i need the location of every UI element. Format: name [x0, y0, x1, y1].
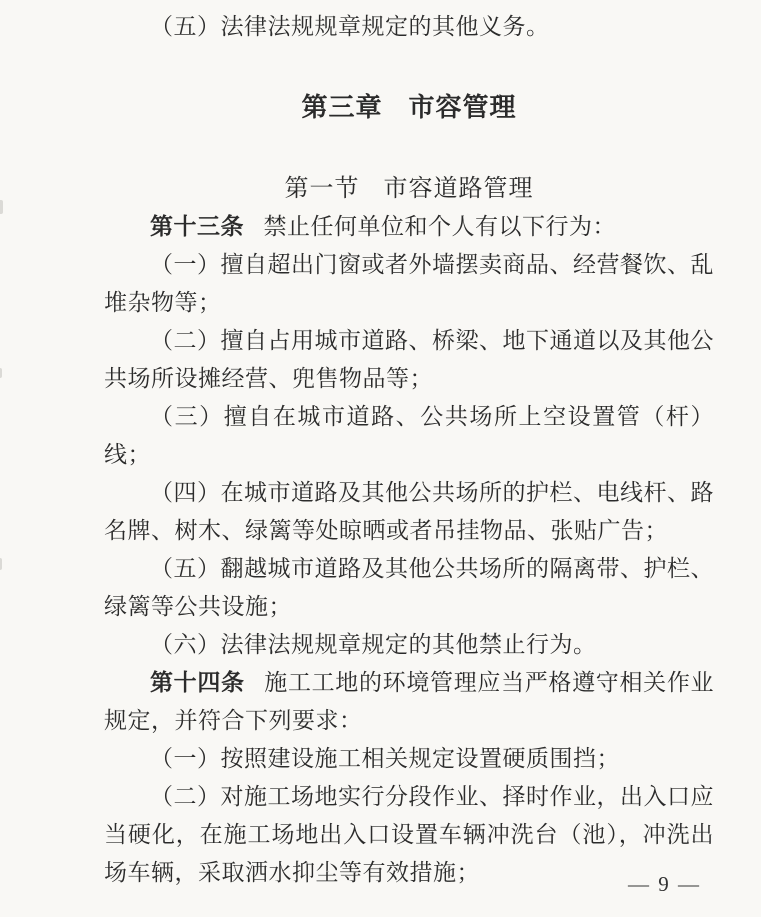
chapter-title: 市容管理: [409, 93, 517, 122]
article-number: 第十三条: [150, 214, 244, 239]
scan-artifact: [0, 558, 2, 570]
chapter-heading: 第三章市容管理: [104, 88, 714, 128]
paragraph: （三）擅自在城市道路、公共场所上空设置管（杆）线；: [104, 398, 714, 474]
paragraph: （四）在城市道路及其他公共场所的护栏、电线杆、路名牌、树木、绿篱等处晾晒或者吊挂…: [104, 474, 714, 550]
article-text: 禁止任何单位和个人有以下行为：: [264, 214, 617, 239]
scanned-document-page: （五）法律法规规章规定的其他义务。第三章市容管理第一节市容道路管理第十三条禁止任…: [0, 0, 761, 917]
paragraph: （六）法律法规规章规定的其他禁止行为。: [104, 626, 714, 664]
paragraph: （一）按照建设施工相关规定设置硬质围挡；: [104, 740, 714, 778]
paragraph: （一）擅自超出门窗或者外墙摆卖商品、经营餐饮、乱堆杂物等；: [104, 246, 714, 322]
article-paragraph: 第十四条施工工地的环境管理应当严格遵守相关作业规定，并符合下列要求：: [104, 664, 714, 740]
section-heading: 第一节市容道路管理: [104, 170, 714, 208]
paragraph: （二）擅自占用城市道路、桥梁、地下通道以及其他公共场所设摊经营、兜售物品等；: [104, 322, 714, 398]
section-title: 市容道路管理: [384, 176, 534, 202]
paragraph: （五）法律法规规章规定的其他义务。: [104, 8, 714, 46]
scan-artifact: [0, 368, 2, 378]
article-paragraph: 第十三条禁止任何单位和个人有以下行为：: [104, 208, 714, 246]
article-number: 第十四条: [150, 670, 245, 695]
document-content: （五）法律法规规章规定的其他义务。第三章市容管理第一节市容道路管理第十三条禁止任…: [104, 8, 714, 892]
scan-artifact: [0, 200, 3, 214]
page-number: — 9 —: [628, 872, 701, 897]
section-number: 第一节: [285, 176, 360, 202]
paragraph: （五）翻越城市道路及其他公共场所的隔离带、护栏、绿篱等公共设施；: [104, 550, 714, 626]
paragraph: （二）对施工场地实行分段作业、择时作业，出入口应当硬化，在施工场地出入口设置车辆…: [104, 778, 714, 892]
chapter-number: 第三章: [301, 93, 382, 122]
